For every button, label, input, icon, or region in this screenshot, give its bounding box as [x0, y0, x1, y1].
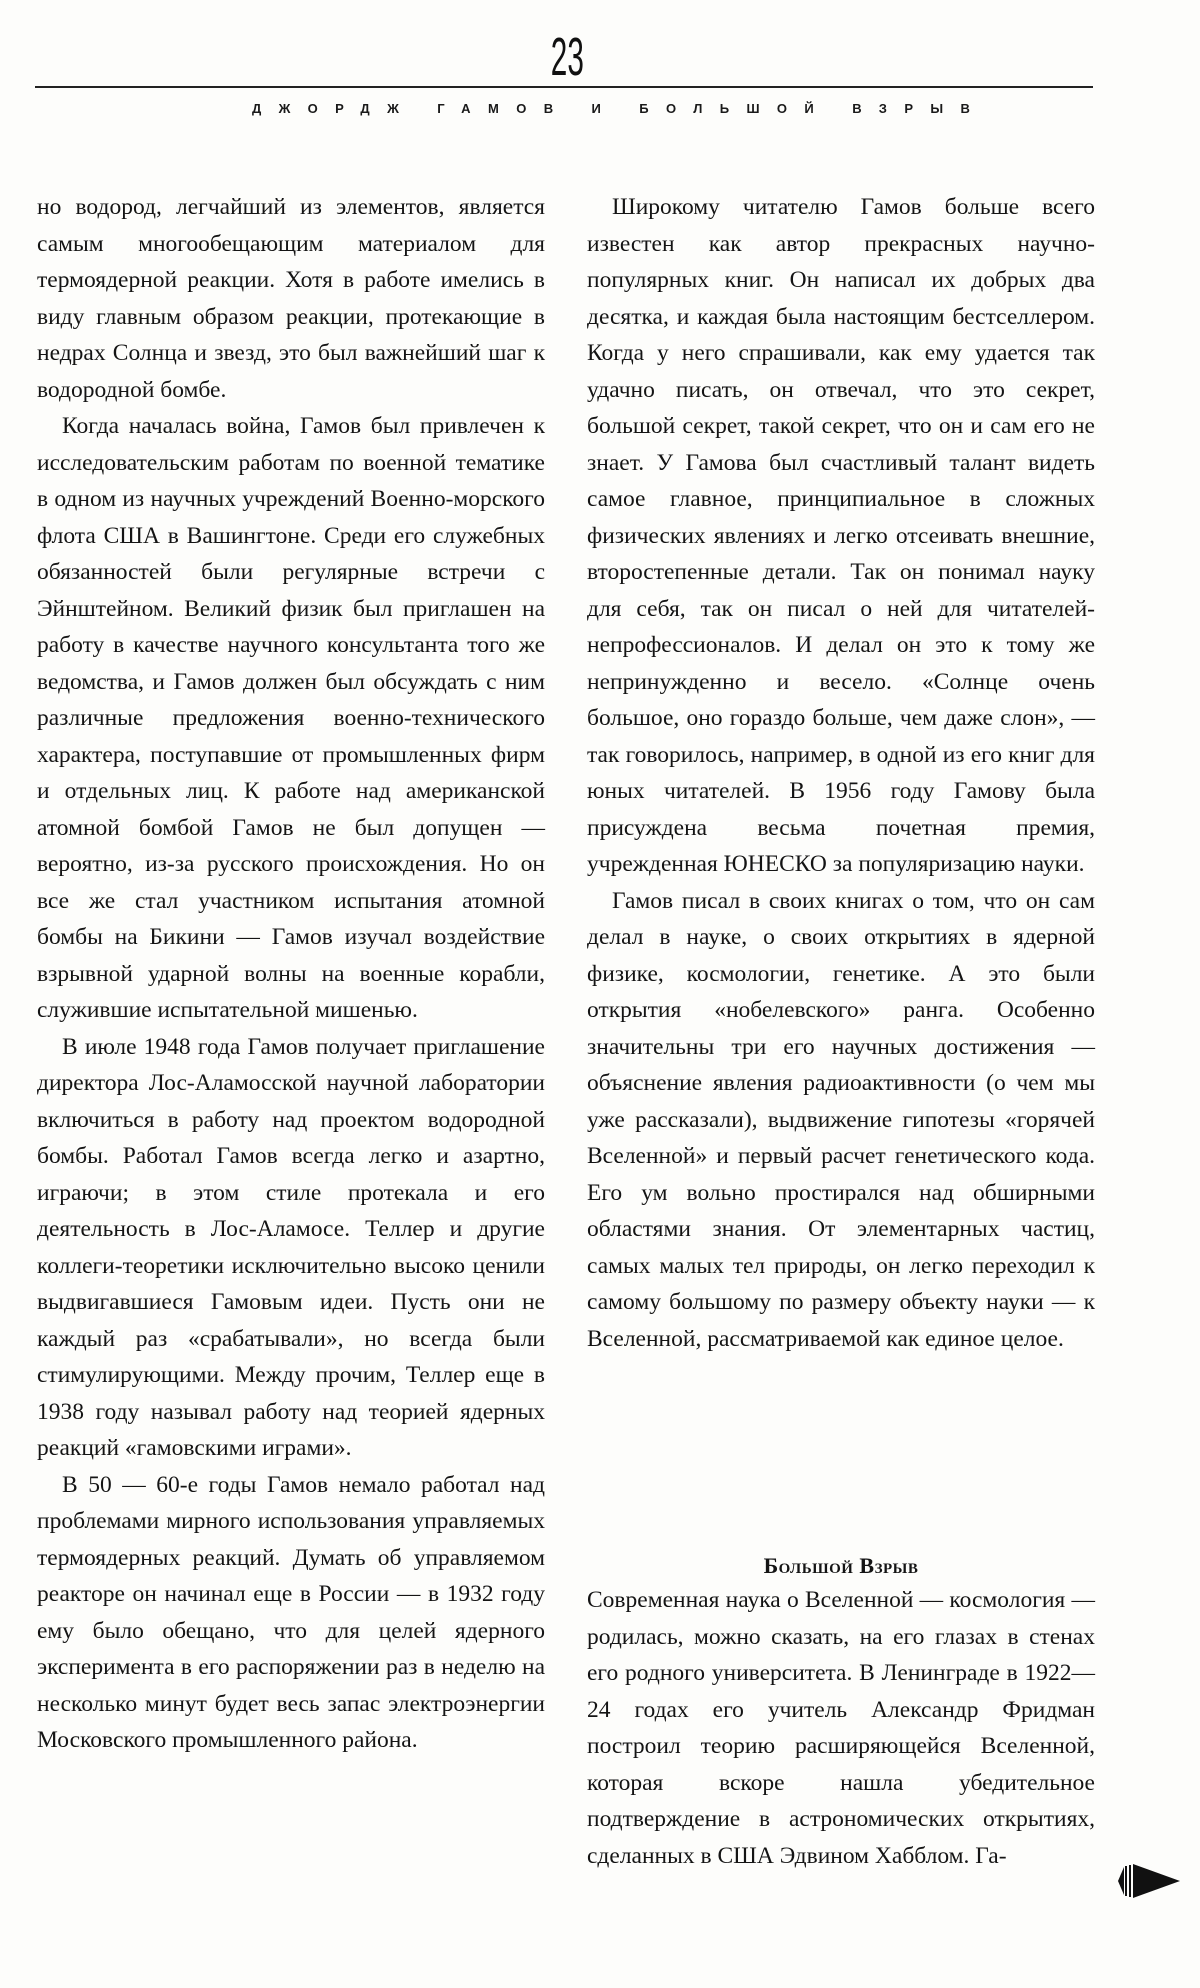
paragraph: В июле 1948 года Гамов получает приглаше… [37, 1029, 545, 1467]
paragraph: В 50 — 60-е годы Гамов немало работал на… [37, 1467, 545, 1759]
paragraph: Когда началась война, Гамов был привлече… [37, 408, 545, 1029]
paragraph: но водород, легчайший из элементов, явля… [37, 189, 545, 408]
running-title: ДЖОРДЖ ГАМОВ И БОЛЬШОЙ ВЗРЫВ [252, 100, 872, 118]
paragraph: Современная наука о Вселенной — космолог… [587, 1582, 1095, 1874]
section-heading: Большой Взрыв [587, 1550, 1095, 1582]
right-column: Широкому читателю Гамов больше всего изв… [587, 189, 1095, 1357]
section-body: Современная наука о Вселенной — космолог… [587, 1582, 1095, 1874]
next-page-button[interactable] [1104, 1863, 1184, 1899]
page-number: 23 [551, 28, 577, 86]
header-rule [35, 86, 1093, 88]
left-column: но водород, легчайший из элементов, явля… [37, 189, 545, 1759]
paragraph: Гамов писал в своих книгах о том, что он… [587, 883, 1095, 1358]
arrow-right-icon [1104, 1863, 1184, 1899]
paragraph: Широкому читателю Гамов больше всего изв… [587, 189, 1095, 883]
